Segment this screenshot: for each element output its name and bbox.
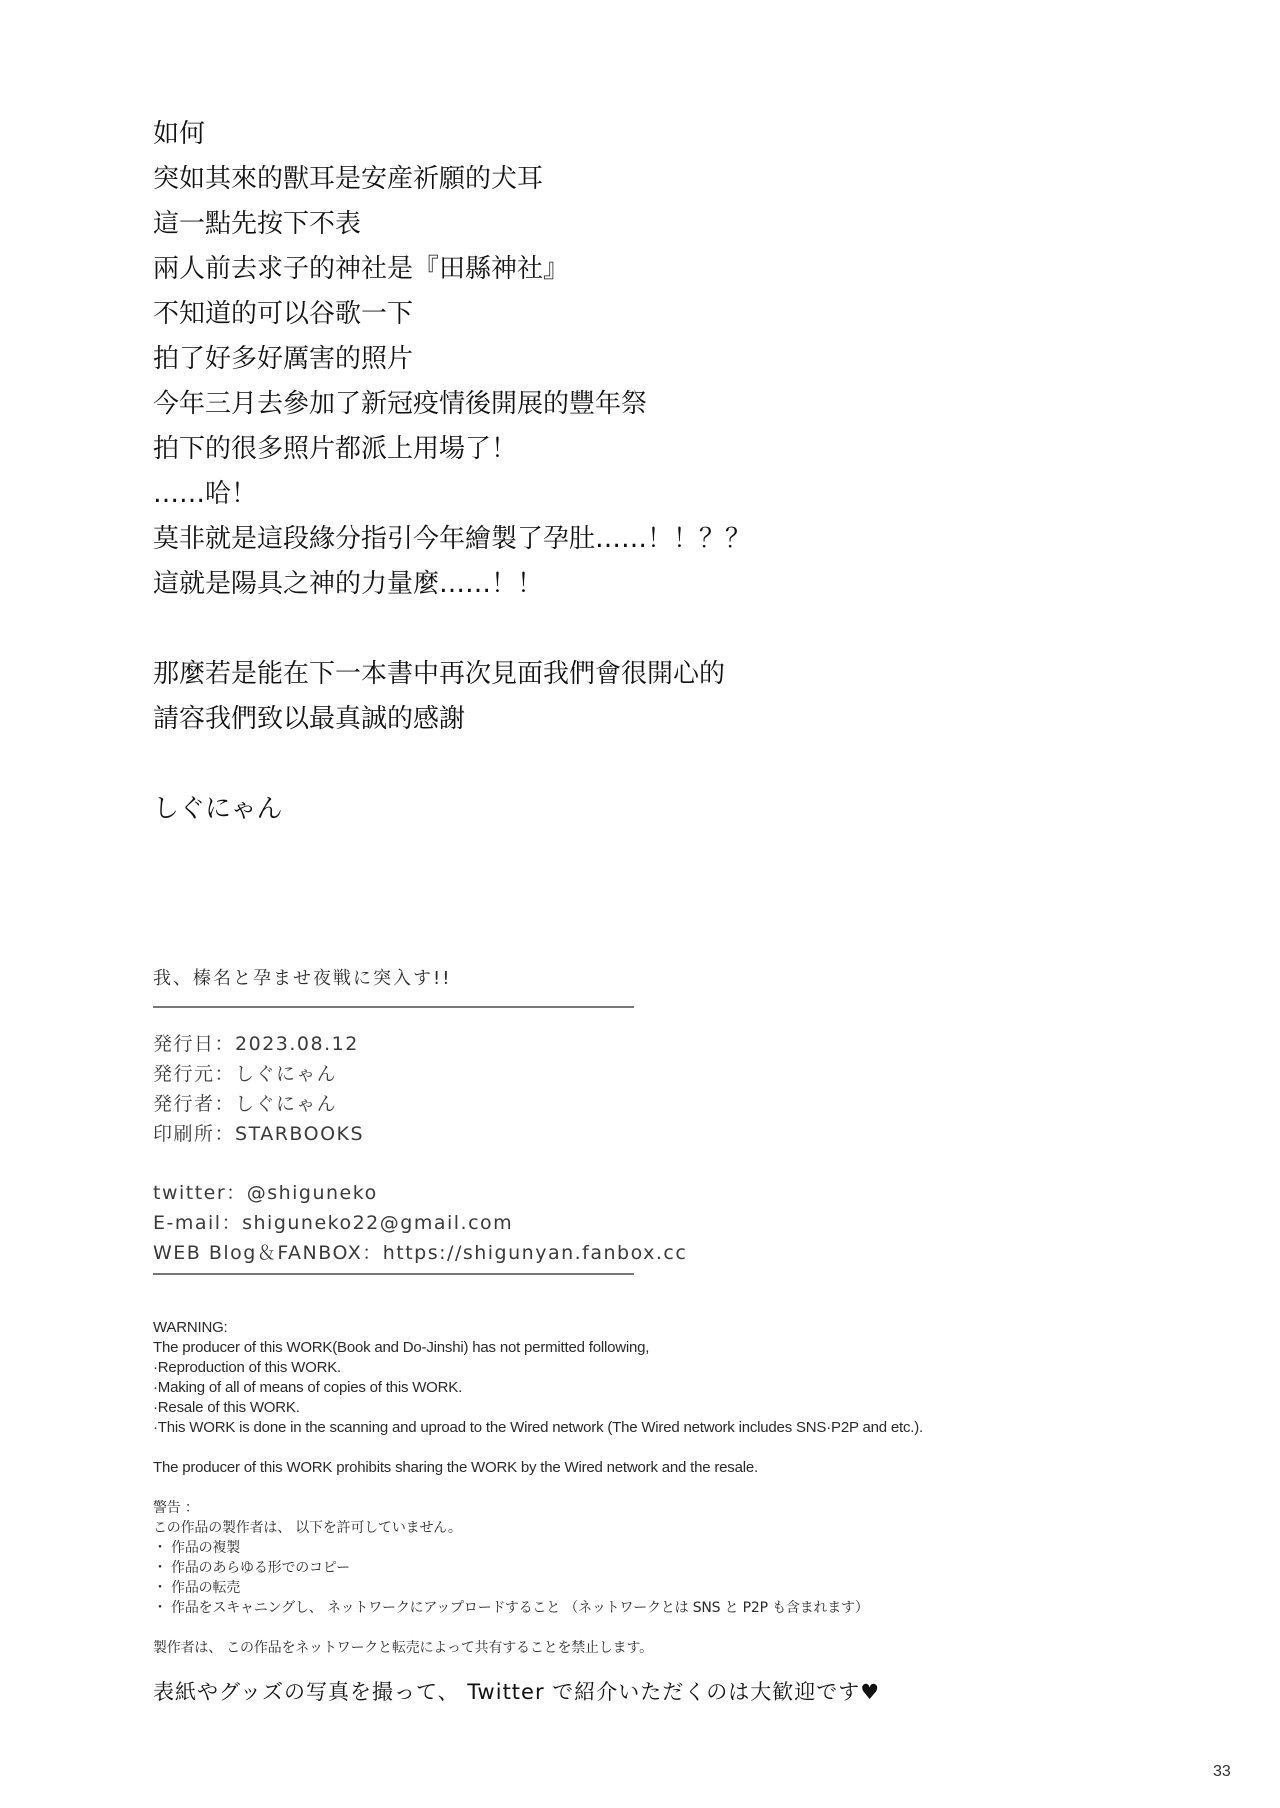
twitter-row: twitter：@shiguneko — [153, 1178, 687, 1208]
row-separator: ： — [222, 1212, 243, 1234]
afterword-line: 拍了好多好厲害的照片 — [153, 337, 751, 382]
row-label: twitter — [153, 1182, 226, 1204]
afterword-closing-line: 那麼若是能在下一本書中再次見面我們會很開心的 — [153, 652, 751, 697]
spacer — [153, 1438, 923, 1458]
afterword-line: 突如其來的獸耳是安産祈願的犬耳 — [153, 157, 751, 202]
closing-note: 表紙やグッズの写真を撮って、 Twitter で紹介いただくのは大歓迎です♥ — [153, 1677, 880, 1707]
contact-info: twitter：@shiguneko E-mail：shiguneko22@gm… — [153, 1178, 687, 1268]
web-url: https://shigunyan.fanbox.cc — [383, 1242, 688, 1264]
spacer — [153, 1478, 923, 1498]
book-title: 我、榛名と孕ませ夜戦に突入す!! — [153, 966, 713, 992]
printer-row: 印刷所：STARBOOKS — [153, 1119, 364, 1149]
afterword-line: 兩人前去求子的神社是『田縣神社』 — [153, 247, 751, 292]
spacer — [153, 1618, 923, 1638]
heart-icon: ♥ — [860, 1680, 880, 1704]
warning-conclusion: The producer of this WORK prohibits shar… — [153, 1458, 923, 1478]
warning-item-ja: ・ 作品をスキャニングし、 ネットワークにアップロードすること （ネットワークと… — [153, 1598, 923, 1618]
twitter-handle: @shiguneko — [247, 1182, 378, 1204]
colophon: 我、榛名と孕ませ夜戦に突入す!! — [153, 966, 713, 992]
publication-date-row: 発行日：2023.08.12 — [153, 1029, 364, 1059]
row-label: 印刷所 — [153, 1123, 215, 1145]
afterword-line: 莫非就是這段緣分指引今年繪製了孕肚……！！？？ — [153, 517, 751, 562]
divider — [153, 1273, 634, 1275]
closing-note-text: 表紙やグッズの写真を撮って、 Twitter で紹介いただくのは大歓迎です — [153, 1680, 860, 1704]
spacer — [153, 607, 751, 652]
warning-heading-ja: 警告 ： — [153, 1498, 923, 1518]
warning-conclusion-ja: 製作者は、 この作品をネットワークと転売によって共有することを禁止します。 — [153, 1638, 923, 1658]
warning-intro: The producer of this WORK(Book and Do-Ji… — [153, 1338, 923, 1358]
row-label: 発行者 — [153, 1093, 215, 1115]
afterword: 如何 突如其來的獸耳是安産祈願的犬耳 這一點先按下不表 兩人前去求子的神社是『田… — [153, 112, 751, 832]
page-number: 33 — [1213, 1763, 1231, 1781]
publication-info: 発行日：2023.08.12 発行元：しぐにゃん 発行者：しぐにゃん 印刷所：S… — [153, 1029, 364, 1149]
afterword-line: 拍下的很多照片都派上用場了！ — [153, 427, 751, 472]
row-separator: ： — [215, 1033, 236, 1055]
afterword-line: 如何 — [153, 112, 751, 157]
issuer-row: 発行者：しぐにゃん — [153, 1089, 364, 1119]
afterword-line: 今年三月去參加了新冠疫情後開展的豐年祭 — [153, 382, 751, 427]
warning-item-ja: ・ 作品のあらゆる形でのコピー — [153, 1558, 923, 1578]
afterword-line: 不知道的可以谷歌一下 — [153, 292, 751, 337]
row-label: 発行日 — [153, 1033, 215, 1055]
publication-date: 2023.08.12 — [235, 1033, 359, 1055]
warning-item-ja: ・ 作品の複製 — [153, 1538, 923, 1558]
publisher-row: 発行元：しぐにゃん — [153, 1059, 364, 1089]
warning-heading: WARNING: — [153, 1318, 923, 1338]
email-address: shiguneko22@gmail.com — [242, 1212, 513, 1234]
row-separator: ： — [215, 1123, 236, 1145]
row-label: E-mail — [153, 1212, 222, 1234]
afterword-line: 這就是陽具之神的力量麼……！！ — [153, 562, 751, 607]
book-page: 如何 突如其來的獸耳是安産祈願的犬耳 這一點先按下不表 兩人前去求子的神社是『田… — [0, 0, 1280, 1808]
row-label: WEB Blog＆FANBOX — [153, 1242, 362, 1264]
printer: STARBOOKS — [235, 1123, 364, 1145]
row-separator: ： — [362, 1242, 383, 1264]
warning-item: ·Resale of this WORK. — [153, 1398, 923, 1418]
warning-notice: WARNING: The producer of this WORK(Book … — [153, 1318, 923, 1658]
row-separator: ： — [215, 1093, 236, 1115]
publisher: しぐにゃん — [235, 1063, 337, 1085]
row-separator: ： — [215, 1063, 236, 1085]
warning-item-ja: ・ 作品の転売 — [153, 1578, 923, 1598]
web-row: WEB Blog＆FANBOX：https://shigunyan.fanbox… — [153, 1238, 687, 1268]
afterword-closing-line: 請容我們致以最真誠的感謝 — [153, 697, 751, 742]
issuer: しぐにゃん — [235, 1093, 337, 1115]
spacer — [153, 742, 751, 787]
afterword-line: ……哈！ — [153, 472, 751, 517]
warning-item: ·This WORK is done in the scanning and u… — [153, 1418, 923, 1438]
warning-item: ·Reproduction of this WORK. — [153, 1358, 923, 1378]
warning-intro-ja: この作品の製作者は、 以下を許可していません。 — [153, 1518, 923, 1538]
warning-item: ·Making of all of means of copies of thi… — [153, 1378, 923, 1398]
row-separator: ： — [226, 1182, 247, 1204]
row-label: 発行元 — [153, 1063, 215, 1085]
divider — [153, 1006, 634, 1008]
email-row: E-mail：shiguneko22@gmail.com — [153, 1208, 687, 1238]
afterword-line: 這一點先按下不表 — [153, 202, 751, 247]
author-signature: しぐにゃん — [153, 787, 751, 832]
